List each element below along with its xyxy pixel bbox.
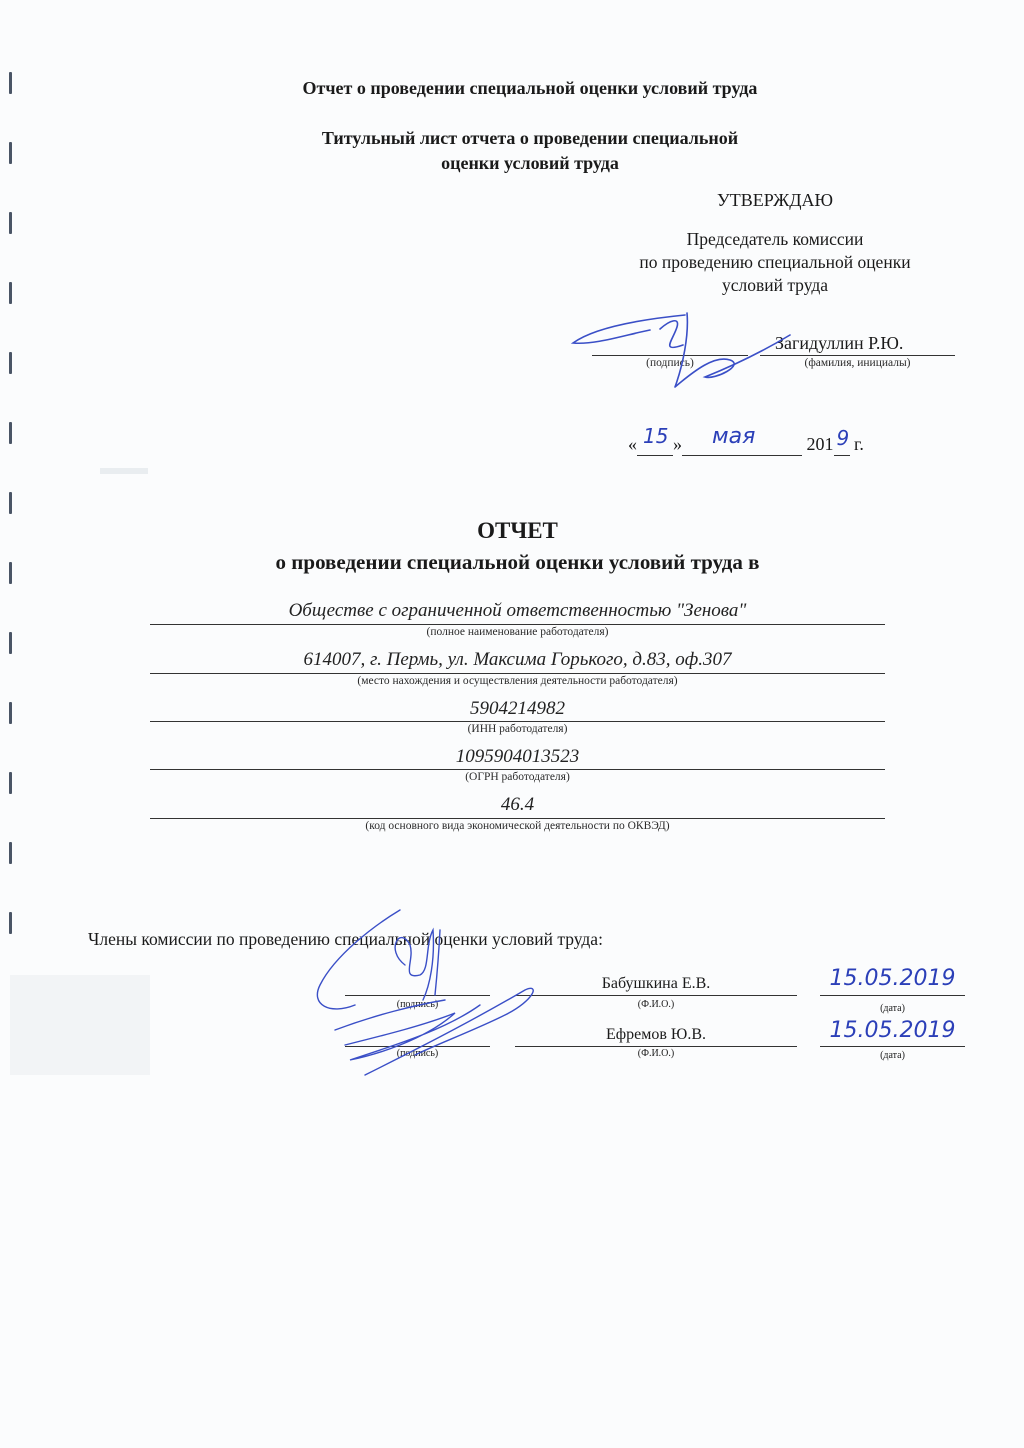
- date-line: [820, 1046, 965, 1047]
- binder-mark: [9, 422, 12, 444]
- binder-mark: [9, 492, 12, 514]
- scan-artifact: [10, 975, 150, 1075]
- employer-inn-caption: (ИНН работодателя): [150, 723, 885, 735]
- approval-date: «15 »мая 2019 г.: [628, 434, 864, 456]
- date-month: мая: [712, 424, 755, 449]
- binder-mark: [9, 142, 12, 164]
- report-subtitle: о проведении специальной оценки условий …: [150, 550, 885, 575]
- chairman-signature-icon: [565, 305, 795, 390]
- date-day: 15: [643, 424, 668, 448]
- member-date: 15.05.2019: [820, 1018, 965, 1043]
- field-line: [150, 721, 885, 722]
- role-line: Председатель комиссии: [590, 228, 960, 251]
- employer-full-name: Обществе с ограниченной ответственностью…: [150, 600, 885, 622]
- date-year-suffix: 9: [837, 426, 850, 450]
- date-day-field: 15: [637, 434, 673, 456]
- name-caption: (Ф.И.О.): [515, 999, 797, 1010]
- report-title: ОТЧЕТ: [150, 518, 885, 544]
- field-line: [150, 818, 885, 819]
- date-line: [820, 995, 965, 996]
- name-caption: (Ф.И.О.): [515, 1048, 797, 1059]
- binder-mark: [9, 842, 12, 864]
- name-line: [515, 995, 797, 996]
- employer-address-caption: (место нахождения и осуществления деятел…: [150, 675, 885, 687]
- name-line: [515, 1046, 797, 1047]
- binder-mark: [9, 702, 12, 724]
- date-year-unit: г.: [854, 434, 864, 454]
- member-name: Ефремов Ю.В.: [515, 1026, 797, 1044]
- binder-mark: [9, 282, 12, 304]
- date-caption: (дата): [820, 1050, 965, 1061]
- date-month-field: мая: [682, 434, 802, 456]
- subtitle-line: оценки условий труда: [200, 151, 860, 176]
- employer-okved-caption: (код основного вида экономической деятел…: [150, 820, 885, 832]
- approval-heading: УТВЕРЖДАЮ: [590, 190, 960, 211]
- scanned-page: Отчет о проведении специальной оценки ус…: [0, 0, 1024, 1448]
- binder-mark: [9, 72, 12, 94]
- binder-mark: [9, 772, 12, 794]
- employer-okved: 46.4: [150, 794, 885, 816]
- employer-ogrn-caption: (ОГРН работодателя): [150, 771, 885, 783]
- member-date: 15.05.2019: [820, 966, 965, 991]
- date-year-prefix: 201: [807, 434, 834, 454]
- binder-mark: [9, 352, 12, 374]
- subtitle-line: Титульный лист отчета о проведении специ…: [200, 126, 860, 151]
- scan-artifact: [100, 468, 148, 474]
- field-line: [150, 624, 885, 625]
- binder-mark: [9, 632, 12, 654]
- role-line: условий труда: [590, 274, 960, 297]
- approval-role: Председатель комиссии по проведению спец…: [590, 228, 960, 297]
- member-signature-icon: [305, 905, 555, 1085]
- employer-address: 614007, г. Пермь, ул. Максима Горького, …: [150, 649, 885, 671]
- field-line: [150, 769, 885, 770]
- document-header-title: Отчет о проведении специальной оценки ус…: [200, 78, 860, 99]
- document-subtitle: Титульный лист отчета о проведении специ…: [200, 126, 860, 176]
- employer-inn: 5904214982: [150, 698, 885, 720]
- member-name: Бабушкина Е.В.: [515, 975, 797, 993]
- role-line: по проведению специальной оценки: [590, 251, 960, 274]
- field-line: [150, 673, 885, 674]
- binder-mark: [9, 562, 12, 584]
- date-caption: (дата): [820, 1003, 965, 1014]
- quote-open: «: [628, 434, 637, 454]
- binder-mark: [9, 212, 12, 234]
- employer-full-name-caption: (полное наименование работодателя): [150, 626, 885, 638]
- employer-ogrn: 1095904013523: [150, 746, 885, 768]
- date-year-field: 9: [834, 434, 850, 456]
- binder-mark: [9, 912, 12, 934]
- quote-close: »: [673, 434, 682, 454]
